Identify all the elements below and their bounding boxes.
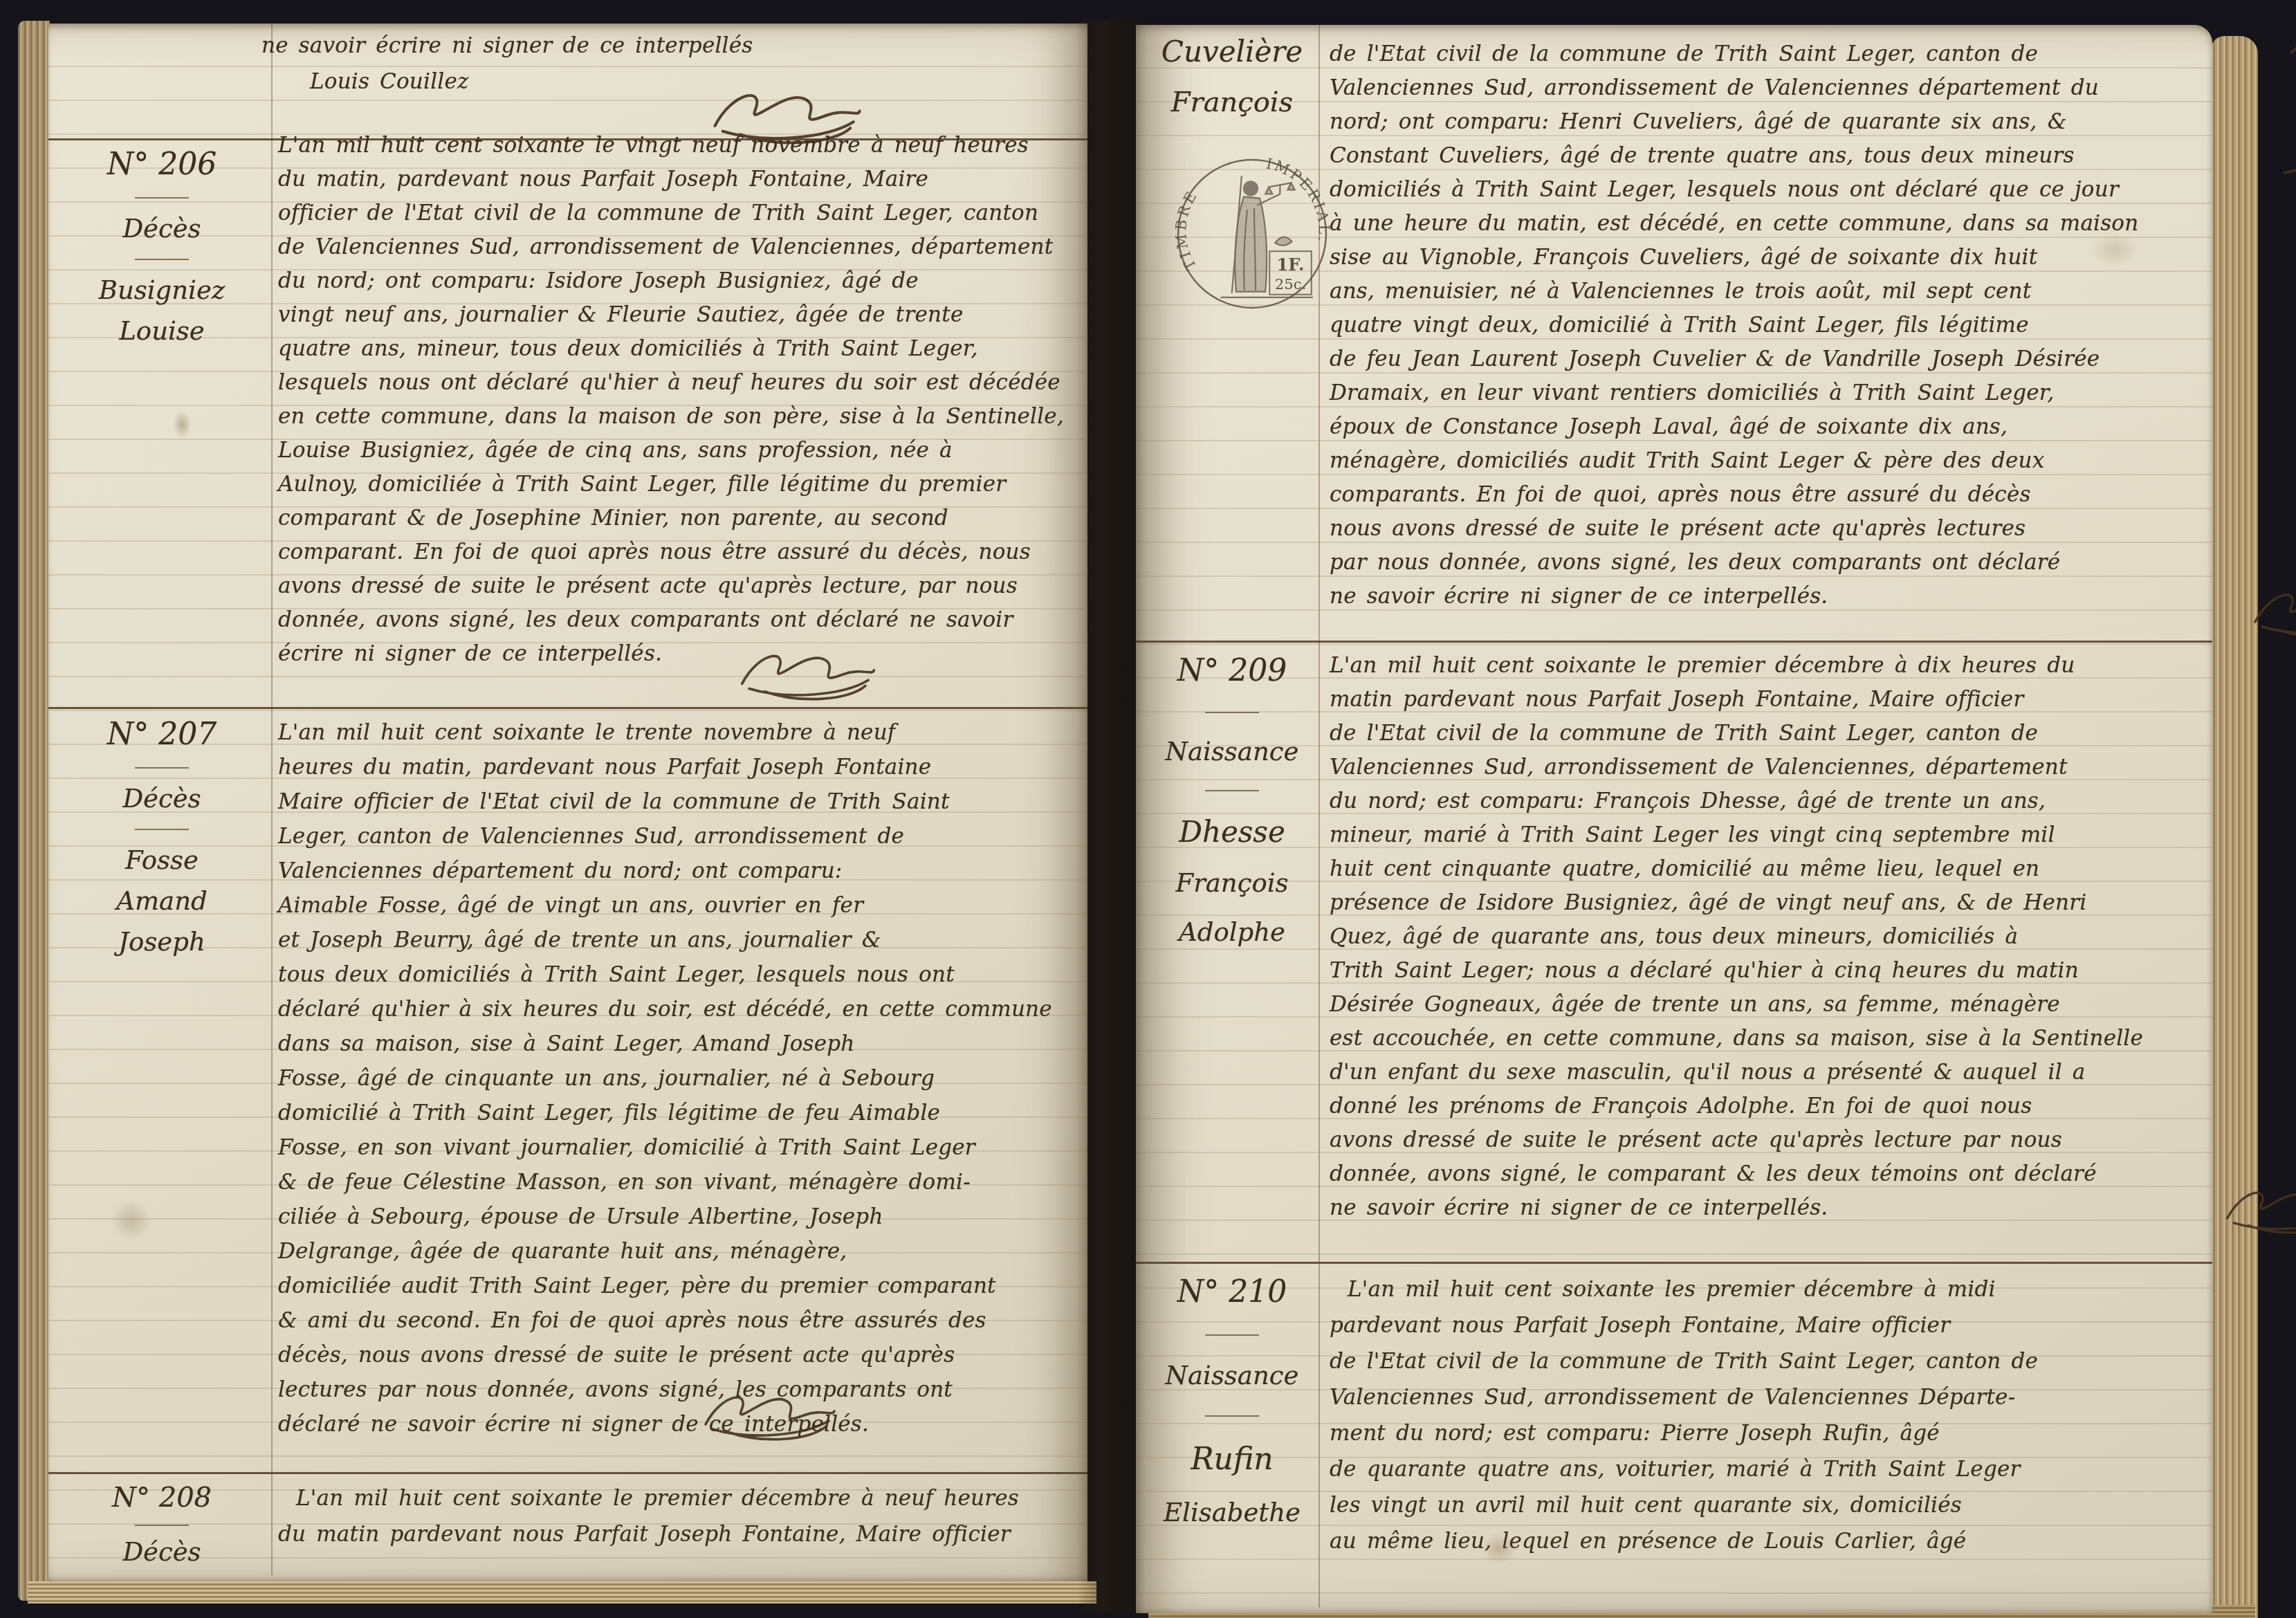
margin-underline bbox=[135, 197, 189, 199]
act-text-line: donné les prénoms de François Adolphe. E… bbox=[1330, 1090, 2198, 1123]
act-text-line: L'an mil huit cent soixante le premier d… bbox=[278, 1480, 1081, 1516]
act-text-line: Fosse, en son vivant journalier, domicil… bbox=[278, 1130, 1081, 1165]
act-text-line: & de feue Célestine Masson, en son vivan… bbox=[278, 1165, 1081, 1199]
act-208-margin: N° 208 Décès bbox=[68, 1482, 256, 1567]
act-given-name: Amand bbox=[116, 886, 207, 916]
act-text-line: ment du nord; est comparu: Pierre Joseph… bbox=[1330, 1415, 2198, 1451]
act-text-line: Aulnoy, domiciliée à Trith Saint Leger, … bbox=[278, 468, 1081, 502]
act-text-line: Valenciennes Sud, arrondissement de Vale… bbox=[1330, 1379, 2198, 1415]
act-text-line: comparant & de Josephine Minier, non par… bbox=[278, 502, 1081, 535]
act-text-line: pardevant nous Parfait Joseph Fontaine, … bbox=[1330, 1307, 2198, 1343]
act-text-line: quatre ans, mineur, tous deux domiciliés… bbox=[278, 332, 1081, 366]
act-text-line: de Valenciennes Sud, arrondissement de V… bbox=[278, 230, 1081, 264]
act-207-margin: N° 207 Décès Fosse Amand Joseph bbox=[68, 717, 256, 957]
act-text-line: de l'Etat civil de la commune de Trith S… bbox=[1330, 717, 2198, 751]
act-text-line: par nous donnée, avons signé, les deux c… bbox=[1330, 546, 2198, 580]
act-text-line: au même lieu, lequel en présence de Loui… bbox=[1330, 1523, 2198, 1559]
act-separator bbox=[1136, 641, 2212, 643]
margin-underline bbox=[1205, 712, 1259, 713]
act-206-text: L'an mil huit cent soixante le vingt neu… bbox=[278, 129, 1081, 671]
act-text-line: donnée, avons signé, les deux comparants… bbox=[278, 603, 1081, 637]
act-text-line: de quarante quatre ans, voiturier, marié… bbox=[1330, 1451, 2198, 1487]
act-text-line: Leger, canton de Valenciennes Sud, arron… bbox=[278, 819, 1081, 854]
book-right-page-stack-edge bbox=[2211, 36, 2258, 1618]
act-text-line: Fosse, âgé de cinquante un ans, journali… bbox=[278, 1061, 1081, 1096]
margin-underline bbox=[135, 767, 189, 769]
act-text-line: officier de l'Etat civil de la commune d… bbox=[278, 196, 1081, 230]
act-surname: Cuvelière bbox=[1161, 35, 1303, 68]
act-type-label: Décès bbox=[122, 1537, 201, 1567]
stamp-value-top: 1F. bbox=[1276, 255, 1304, 275]
act-text-line: comparant. En foi de quoi après nous êtr… bbox=[278, 535, 1081, 569]
margin-underline bbox=[1205, 1334, 1259, 1336]
book-left-page-stack-edge bbox=[18, 21, 50, 1601]
act-text-line: tous deux domiciliés à Trith Saint Leger… bbox=[278, 957, 1081, 992]
act-text-line: présence de Isidore Busigniez, âgé de vi… bbox=[1330, 886, 2198, 920]
left-page: ne savoir écrire ni signer de ce interpe… bbox=[48, 24, 1087, 1581]
act-text-line: Trith Saint Leger; nous a déclaré qu'hie… bbox=[1330, 954, 2198, 988]
act-surname: Fosse bbox=[125, 845, 199, 875]
act-text-line: Delgrange, âgée de quarante huit ans, mé… bbox=[278, 1234, 1081, 1269]
act-text-line: Constant Cuveliers, âgé de trente quatre… bbox=[1330, 139, 2198, 173]
act-text-line: nord; ont comparu: Henri Cuveliers, âgé … bbox=[1330, 105, 2198, 139]
act-separator bbox=[48, 1472, 1087, 1474]
act-text-line: écrire ni signer de ce interpellés. bbox=[278, 637, 1081, 671]
act-text-line: domiciliés à Trith Saint Leger, lesquels… bbox=[1330, 173, 2198, 207]
register-spread: ne savoir écrire ni signer de ce interpe… bbox=[0, 0, 2296, 1618]
act-given-name: Elisabethe bbox=[1164, 1498, 1301, 1527]
act-type-label: Naissance bbox=[1166, 1361, 1299, 1390]
act-type-label: Décès bbox=[122, 784, 201, 813]
act-text-line: avons dressé de suite le présent acte qu… bbox=[1330, 1123, 2198, 1157]
timbre-imperial-stamp: TIMBRE IMPERIAL. 1F. 25c. bbox=[1172, 154, 1332, 314]
act-separator bbox=[48, 707, 1087, 709]
corner-paraph-flourish bbox=[2276, 30, 2296, 176]
act-text-line: comparants. En foi de quoi, après nous ê… bbox=[1330, 478, 2198, 512]
act-surname: Busigniez bbox=[99, 275, 226, 305]
act-text-line: huit cent cinquante quatre, domicilié au… bbox=[1330, 852, 2198, 886]
act-text-line: domicilié à Trith Saint Leger, fils légi… bbox=[278, 1096, 1081, 1130]
act-text-line: ne savoir écrire ni signer de ce interpe… bbox=[244, 28, 1067, 64]
act-text-line: Valenciennes département du nord; ont co… bbox=[278, 854, 1081, 888]
act-text-line: du matin pardevant nous Parfait Joseph F… bbox=[278, 1516, 1081, 1552]
act-text-line: L'an mil huit cent soixante le trente no… bbox=[278, 715, 1081, 750]
act-text-line: nous avons dressé de suite le présent ac… bbox=[1330, 512, 2198, 546]
act-text-line: sise au Vignoble, François Cuveliers, âg… bbox=[1330, 241, 2198, 275]
act-text-line: Quez, âgé de quarante ans, tous deux min… bbox=[1330, 920, 2198, 954]
act-text-line: du nord; est comparu: François Dhesse, â… bbox=[1330, 784, 2198, 818]
act-210-margin: N° 210 Naissance Rufin Elisabethe bbox=[1146, 1274, 1319, 1527]
act-text-line: L'an mil huit cent soixante les premier … bbox=[1330, 1271, 2198, 1307]
act-text-line: déclaré qu'hier à six heures du soir, es… bbox=[278, 992, 1081, 1027]
margin-underline bbox=[135, 1525, 189, 1526]
act-text-line: du nord; ont comparu: Isidore Joseph Bus… bbox=[278, 264, 1081, 298]
act-text-line: quatre vingt deux, domicilié à Trith Sai… bbox=[1330, 309, 2198, 342]
act-text-line: vingt neuf ans, journalier & Fleurie Sau… bbox=[278, 298, 1081, 332]
act-text-line: mineur, marié à Trith Saint Leger les vi… bbox=[1330, 818, 2198, 852]
act-text-line: ne savoir écrire ni signer de ce interpe… bbox=[1330, 1191, 2198, 1225]
act-text-line: lesquels nous ont déclaré qu'hier à neuf… bbox=[278, 366, 1081, 400]
paper-stain bbox=[173, 411, 191, 439]
act-given-name: Adolphe bbox=[1179, 917, 1285, 947]
act-206-margin: N° 206 Décès Busigniez Louise bbox=[68, 147, 256, 346]
margin-underline bbox=[135, 259, 189, 260]
officer-signature-flourish bbox=[2250, 584, 2296, 639]
margin-underline bbox=[135, 829, 189, 830]
act-text-line: lectures par nous donnée, avons signé, l… bbox=[278, 1372, 1081, 1407]
act-text-line: domiciliée audit Trith Saint Leger, père… bbox=[278, 1269, 1081, 1303]
act-given-name: Joseph bbox=[118, 927, 205, 957]
act-cuveliere-margin: Cuvelière François bbox=[1146, 35, 1319, 118]
officer-signature-flourish bbox=[735, 645, 880, 701]
act-text-line: les vingt un avril mil huit cent quarant… bbox=[1330, 1487, 2198, 1523]
act-text-line: ménagère, domiciliés audit Trith Saint L… bbox=[1330, 444, 2198, 478]
act-text-line: Désirée Gogneaux, âgée de trente un ans,… bbox=[1330, 988, 2198, 1022]
act-text-line: Aimable Fosse, âgé de vingt un ans, ouvr… bbox=[278, 888, 1081, 923]
right-page: Cuvelière François TIMBRE IMPERIAL. bbox=[1136, 25, 2212, 1613]
act-207-text: L'an mil huit cent soixante le trente no… bbox=[278, 715, 1081, 1442]
act-text-line: & ami du second. En foi de quoi après no… bbox=[278, 1303, 1081, 1338]
act-text-line: Louise Busigniez, âgée de cinq ans, sans… bbox=[278, 434, 1081, 468]
act-text-line: matin pardevant nous Parfait Joseph Font… bbox=[1330, 683, 2198, 717]
act-text-line: heures du matin, pardevant nous Parfait … bbox=[278, 750, 1081, 784]
act-given-name: François bbox=[1171, 86, 1293, 118]
left-page-margin-rule bbox=[271, 24, 273, 1576]
act-number: N° 207 bbox=[107, 717, 217, 752]
act-surname: Rufin bbox=[1191, 1442, 1273, 1477]
act-210-text: L'an mil huit cent soixante les premier … bbox=[1330, 1271, 2198, 1559]
act-text-line: décès, nous avons dressé de suite le pré… bbox=[278, 1338, 1081, 1372]
act-209-text: L'an mil huit cent soixante le premier d… bbox=[1330, 649, 2198, 1225]
act-text-line: L'an mil huit cent soixante le premier d… bbox=[1330, 649, 2198, 683]
act-number: N° 208 bbox=[112, 1482, 212, 1514]
act-number: N° 209 bbox=[1177, 653, 1287, 688]
act-text-line: à une heure du matin, est décédé, en cet… bbox=[1330, 207, 2198, 241]
act-text-line: en cette commune, dans la maison de son … bbox=[278, 400, 1081, 434]
act-text-line: d'un enfant du sexe masculin, qu'il nous… bbox=[1330, 1056, 2198, 1090]
act-text-line: est accouchée, en cette commune, dans sa… bbox=[1330, 1022, 2198, 1056]
act-text-line: de l'Etat civil de la commune de Trith S… bbox=[1330, 1343, 2198, 1379]
act-text-line: Valenciennes Sud, arrondissement de Vale… bbox=[1330, 71, 2198, 105]
book-bottom-page-stack-edge bbox=[28, 1581, 1096, 1603]
act-text-line: et Joseph Beurry, âgé de trente un ans, … bbox=[278, 923, 1081, 957]
act-text-line: époux de Constance Joseph Laval, âgé de … bbox=[1330, 410, 2198, 444]
act-text-line: déclaré ne savoir écrire ni signer de ce… bbox=[278, 1407, 1081, 1442]
act-text-line: dans sa maison, sise à Saint Leger, Aman… bbox=[278, 1027, 1081, 1061]
stamp-arc-text-left: TIMBRE bbox=[1172, 187, 1201, 274]
act-number: N° 210 bbox=[1177, 1274, 1287, 1309]
act-209-margin: N° 209 Naissance Dhesse François Adolphe bbox=[1146, 653, 1319, 947]
act-text-line: ans, menuisier, né à Valenciennes le tro… bbox=[1330, 275, 2198, 309]
act-given-name: François bbox=[1175, 868, 1288, 898]
act-text-line: Valenciennes Sud, arrondissement de Vale… bbox=[1330, 751, 2198, 784]
act-text-line: ciliée à Sebourg, épouse de Ursule Alber… bbox=[278, 1199, 1081, 1234]
act-text-line: du matin, pardevant nous Parfait Joseph … bbox=[278, 163, 1081, 196]
act-cuveliere-text: de l'Etat civil de la commune de Trith S… bbox=[1330, 37, 2198, 614]
previous-act-fragment: ne savoir écrire ni signer de ce interpe… bbox=[244, 28, 1067, 100]
act-separator bbox=[1136, 1262, 2212, 1264]
act-type-label: Décès bbox=[122, 214, 201, 243]
act-text-line: donnée, avons signé, le comparant & les … bbox=[1330, 1157, 2198, 1191]
act-type-label: Naissance bbox=[1166, 737, 1299, 766]
act-text-line: de feu Jean Laurent Joseph Cuvelier & de… bbox=[1330, 342, 2198, 376]
act-number: N° 206 bbox=[107, 147, 217, 182]
officer-signature-flourish bbox=[700, 1386, 838, 1442]
act-text-line: Maire officier de l'Etat civil de la com… bbox=[278, 784, 1081, 819]
paper-stain bbox=[111, 1199, 152, 1241]
act-text-line: avons dressé de suite le présent acte qu… bbox=[278, 569, 1081, 603]
act-text-line: ne savoir écrire ni signer de ce interpe… bbox=[1330, 580, 2198, 614]
act-text-line: Louis Couillez bbox=[244, 64, 1067, 100]
stamp-arc-text-right: IMPERIAL. bbox=[1265, 154, 1333, 245]
act-text-line: de l'Etat civil de la commune de Trith S… bbox=[1330, 37, 2198, 71]
act-surname: Dhesse bbox=[1179, 815, 1285, 849]
act-208-text: L'an mil huit cent soixante le premier d… bbox=[278, 1480, 1081, 1552]
margin-underline bbox=[1205, 790, 1259, 791]
officer-signature-flourish bbox=[2222, 1182, 2296, 1235]
act-text-line: Dramaix, en leur vivant rentiers domicil… bbox=[1330, 376, 2198, 410]
margin-underline bbox=[1205, 1415, 1259, 1417]
act-text-line: L'an mil huit cent soixante le vingt neu… bbox=[278, 129, 1081, 163]
act-given-name: Louise bbox=[119, 316, 204, 346]
stamp-value-bottom: 25c. bbox=[1275, 275, 1307, 293]
